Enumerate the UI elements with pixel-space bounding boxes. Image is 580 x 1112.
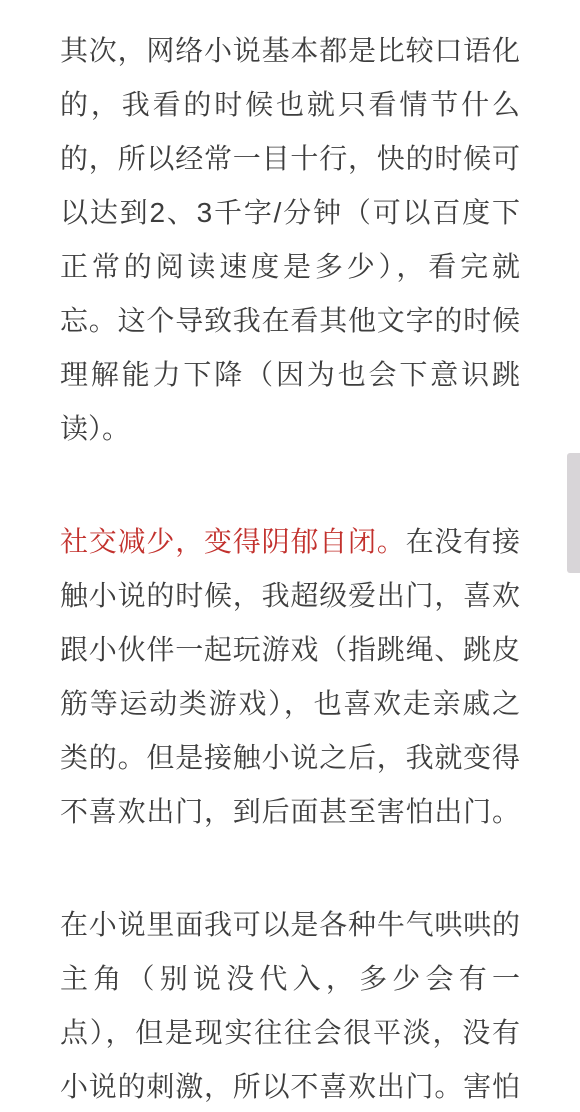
body-text: 其次，网络小说基本都是比较口语化 <box>60 35 520 66</box>
text-line: 点），但是现实往往会很平淡，没有 <box>60 1006 520 1060</box>
paragraph: 在小说里面我可以是各种牛气哄哄的主角（别说没代入，多少会有一点），但是现实往往会… <box>60 898 520 1112</box>
text-line: 触小说的时候，我超级爱出门，喜欢 <box>60 569 520 623</box>
body-text: 正常的阅读速度是多少），看完就 <box>60 251 520 282</box>
article-page: 其次，网络小说基本都是比较口语化的，我看的时候也就只看情节什么的，所以经常一目十… <box>0 0 580 1112</box>
text-line: 主角（别说没代入，多少会有一 <box>60 952 520 1006</box>
body-text: 小说的刺激，所以不喜欢出门。害怕 <box>60 1071 520 1102</box>
body-text: 忘。这个导致我在看其他文字的时候 <box>60 305 520 336</box>
scrollbar-thumb[interactable] <box>567 453 580 573</box>
body-text: 跟小伙伴一起玩游戏（指跳绳、跳皮 <box>60 634 520 665</box>
text-line: 在小说里面我可以是各种牛气哄哄的 <box>60 898 520 952</box>
paragraph: 社交减少，变得阴郁自闭。在没有接触小说的时候，我超级爱出门，喜欢跟小伙伴一起玩游… <box>60 515 520 839</box>
body-text: 主角（别说没代入，多少会有一 <box>60 963 520 994</box>
text-line: 正常的阅读速度是多少），看完就 <box>60 240 520 294</box>
text-line: 忘。这个导致我在看其他文字的时候 <box>60 294 520 348</box>
text-line: 的，所以经常一目十行，快的时候可 <box>60 132 520 186</box>
body-text: 读）。 <box>60 413 130 444</box>
body-text: 以达到2、3千字/分钟（可以百度下 <box>60 197 520 228</box>
body-text: 点），但是现实往往会很平淡，没有 <box>60 1017 520 1048</box>
body-text: 在小说里面我可以是各种牛气哄哄的 <box>60 909 520 940</box>
text-line: 读）。 <box>60 402 520 456</box>
paragraph: 其次，网络小说基本都是比较口语化的，我看的时候也就只看情节什么的，所以经常一目十… <box>60 24 520 456</box>
body-text: 的，所以经常一目十行，快的时候可 <box>60 143 520 174</box>
text-line: 社交减少，变得阴郁自闭。在没有接 <box>60 515 520 569</box>
highlight-text: 社交减少，变得阴郁自闭。 <box>60 526 406 557</box>
body-text: 的，我看的时候也就只看情节什么 <box>60 89 520 120</box>
text-line: 跟小伙伴一起玩游戏（指跳绳、跳皮 <box>60 623 520 677</box>
text-line: 以达到2、3千字/分钟（可以百度下 <box>60 186 520 240</box>
text-line: 类的。但是接触小说之后，我就变得 <box>60 731 520 785</box>
text-line: 理解能力下降（因为也会下意识跳 <box>60 348 520 402</box>
text-line: 小说的刺激，所以不喜欢出门。害怕 <box>60 1060 520 1112</box>
body-text: 在没有接 <box>406 526 520 557</box>
text-line: 不喜欢出门，到后面甚至害怕出门。 <box>60 785 520 839</box>
body-text: 不喜欢出门，到后面甚至害怕出门。 <box>60 796 520 827</box>
body-text: 理解能力下降（因为也会下意识跳 <box>60 359 520 390</box>
text-line: 的，我看的时候也就只看情节什么 <box>60 78 520 132</box>
article-text-body: 其次，网络小说基本都是比较口语化的，我看的时候也就只看情节什么的，所以经常一目十… <box>0 0 580 1112</box>
body-text: 筋等运动类游戏），也喜欢走亲戚之 <box>60 688 520 719</box>
body-text: 触小说的时候，我超级爱出门，喜欢 <box>60 580 520 611</box>
text-line: 筋等运动类游戏），也喜欢走亲戚之 <box>60 677 520 731</box>
body-text: 类的。但是接触小说之后，我就变得 <box>60 742 520 773</box>
text-line: 其次，网络小说基本都是比较口语化 <box>60 24 520 78</box>
